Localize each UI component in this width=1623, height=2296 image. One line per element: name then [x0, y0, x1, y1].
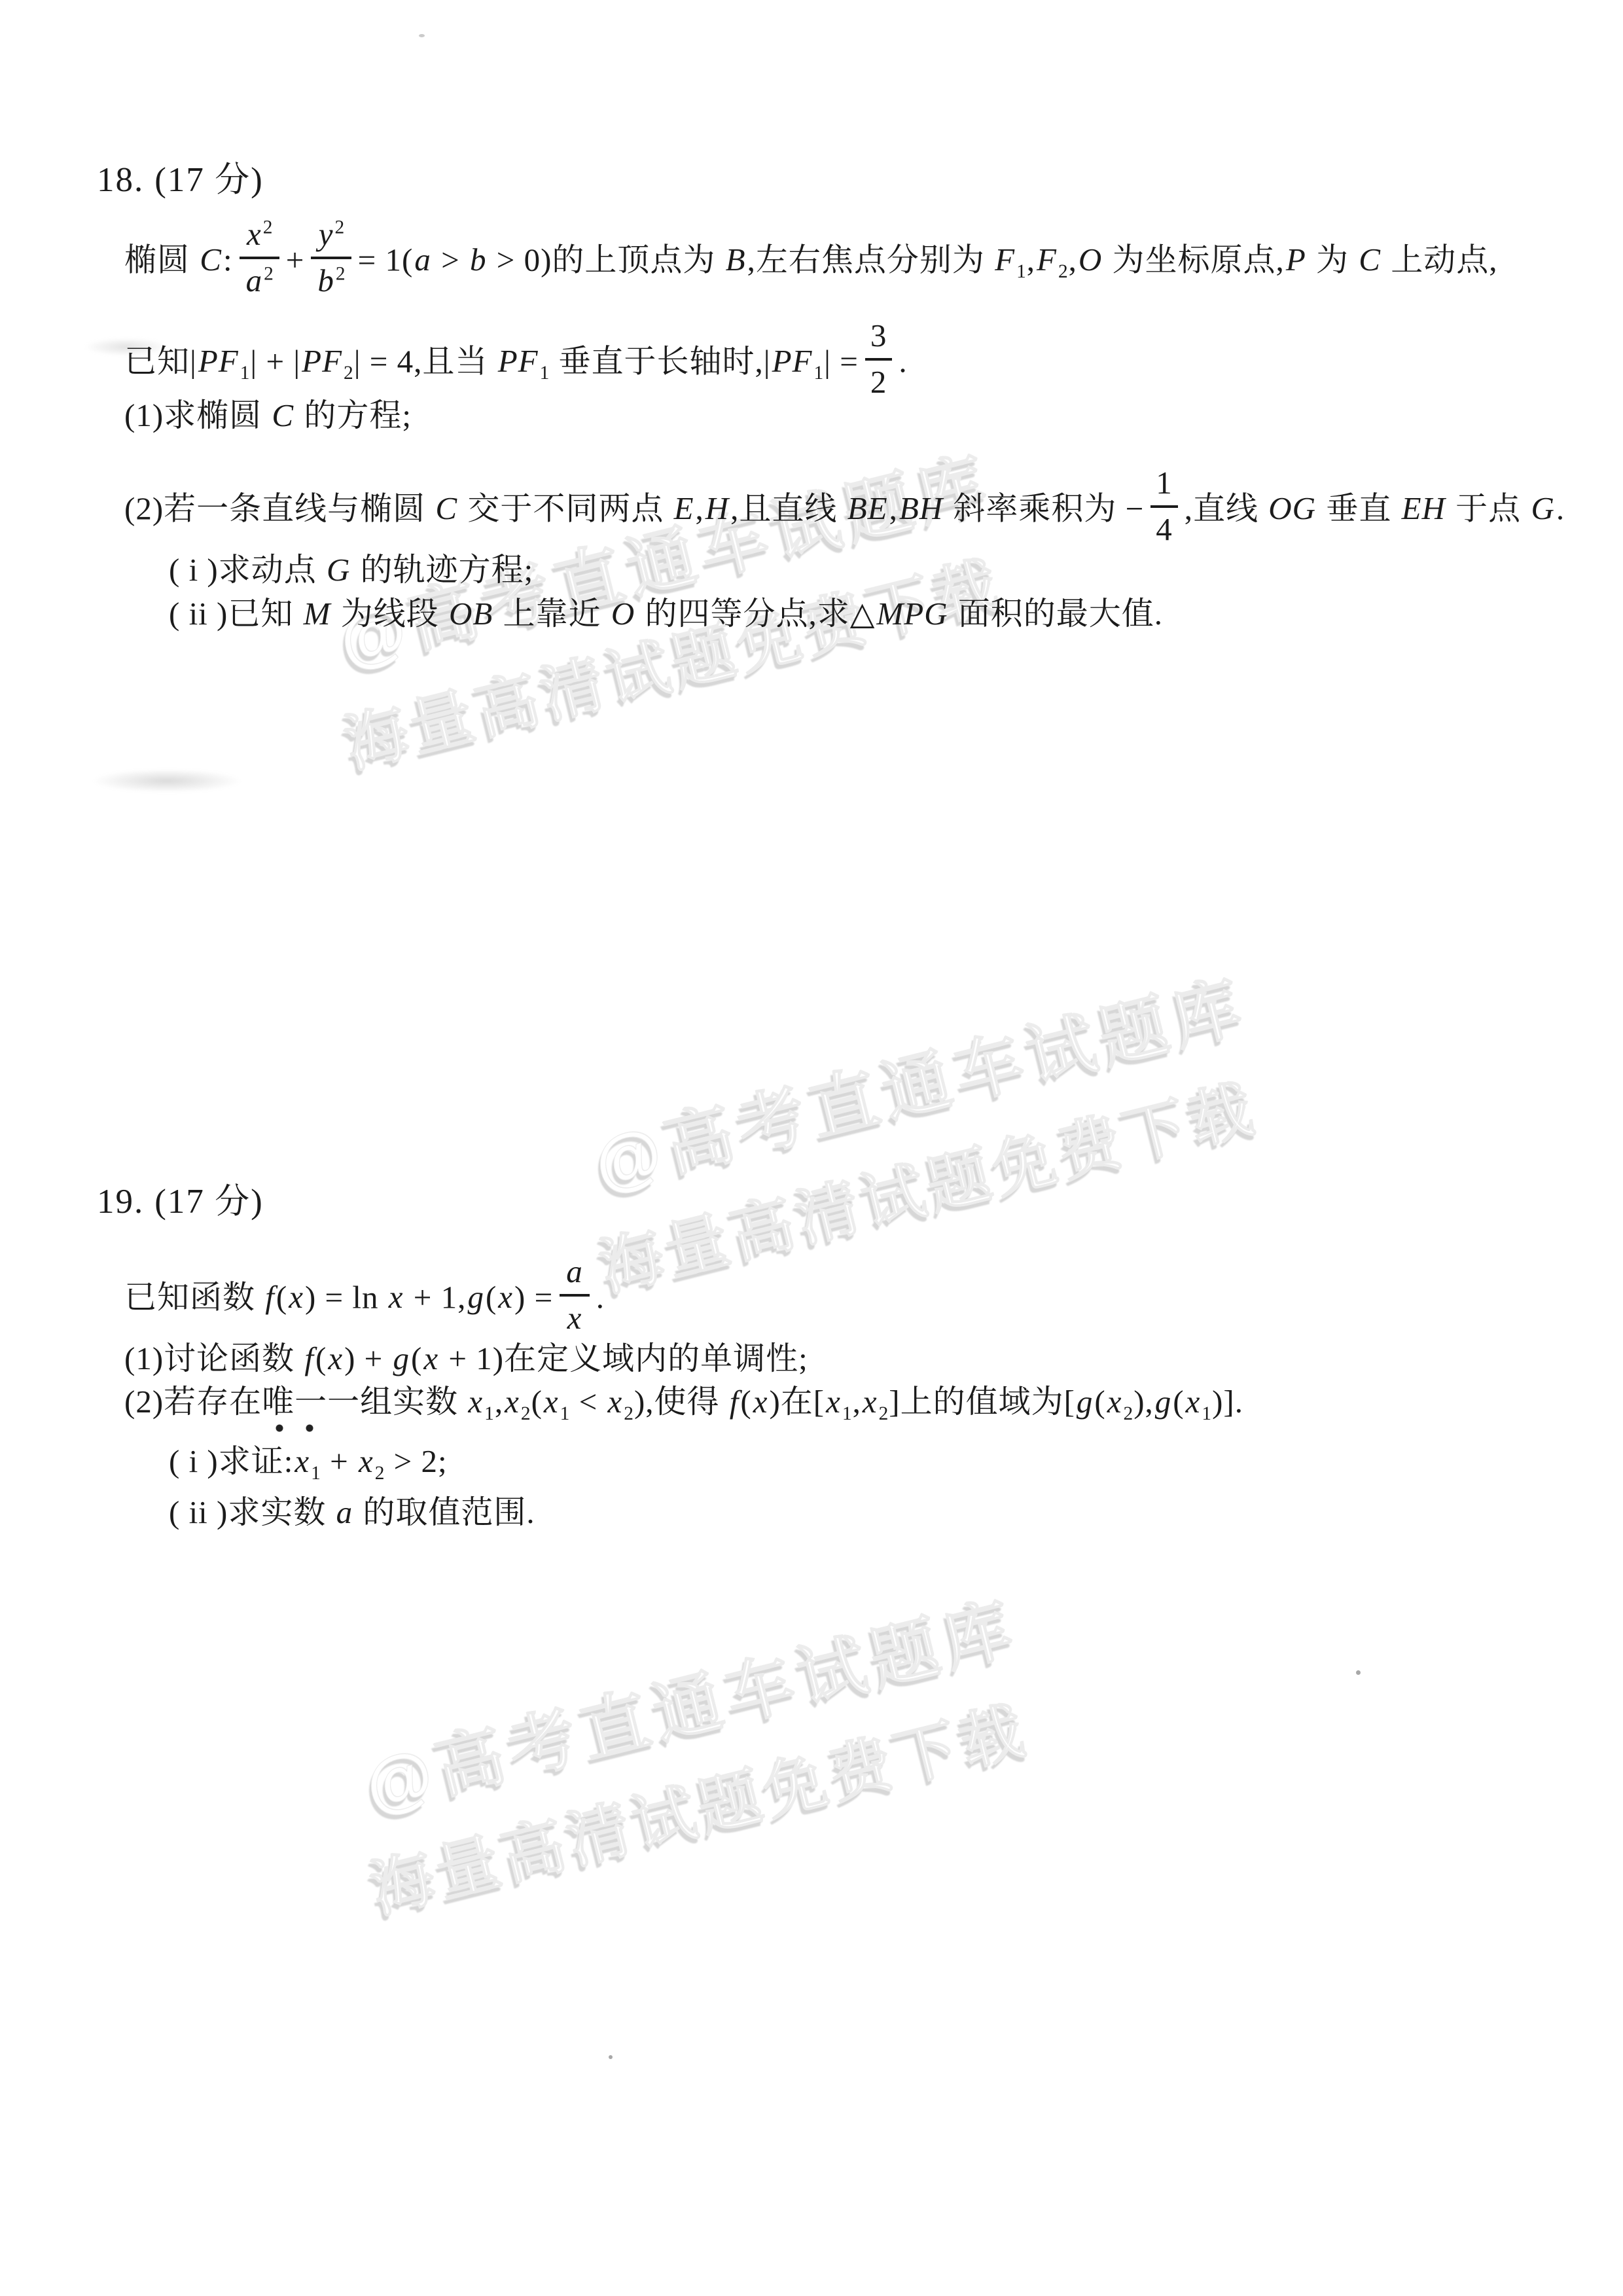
- fraction: x2a2: [240, 214, 279, 299]
- scan-smudge: [92, 769, 242, 793]
- scan-speck: [419, 34, 425, 37]
- problem-19-points: (17 分): [154, 1183, 264, 1221]
- scan-speck: [609, 2055, 613, 2059]
- problem-18-intro-line-1: 椭圆 C:x2a2+y2b2= 1(a > b > 0)的上顶点为 B,左右焦点…: [124, 221, 1497, 306]
- watermark-bottom: @高考直通车试题库 海量高清试题免费下载: [353, 1572, 1051, 1926]
- scan-speck: [1356, 1670, 1361, 1675]
- problem-19-question-2-ii: ( ii )求实数 a 的取值范围.: [169, 1494, 535, 1531]
- problem-19-header: 19.(17 分): [97, 1182, 264, 1222]
- problem-19-question-2-i: ( i )求证:x1 + x2 > 2;: [169, 1443, 448, 1480]
- problem-19-question-2: (2)若存在唯一一组实数 x1,x2(x1 < x2),使得 f(x)在[x1,…: [124, 1384, 1243, 1420]
- fraction: 32: [865, 315, 893, 401]
- problem-18-question-2: (2)若一条直线与椭圆 C 交于不同两点 E,H,且直线 BE,BH 斜率乘积为…: [124, 469, 1565, 554]
- problem-19-intro-line: 已知函数 f(x) = ln x + 1,g(x) =ax.: [124, 1258, 605, 1343]
- fraction: 14: [1150, 463, 1178, 548]
- problem-18-number: 18.: [97, 161, 144, 199]
- problem-19-number: 19.: [97, 1183, 144, 1221]
- problem-18-question-2-ii: ( ii )已知 M 为线段 OB 上靠近 O 的四等分点,求△MPG 面积的最…: [169, 596, 1163, 632]
- problem-18-header: 18.(17 分): [97, 160, 264, 200]
- problem-18-question-2-i: ( i )求动点 G 的轨迹方程;: [169, 552, 533, 588]
- problem-18-question-1: (1)求椭圆 C 的方程;: [124, 397, 412, 434]
- exam-page: @高考直通车试题库 海量高清试题免费下载 @高考直通车试题库 海量高清试题免费下…: [0, 0, 1623, 2296]
- fraction: y2b2: [311, 214, 351, 299]
- problem-18-intro-line-2: 已知|PF1| + |PF2| = 4,且当 PF1 垂直于长轴时,|PF1| …: [124, 322, 908, 407]
- problem-18-points: (17 分): [154, 161, 264, 199]
- watermark-middle: @高考直通车试题库 海量高清试题免费下载: [582, 950, 1280, 1304]
- emphasized-text: 唯一: [262, 1384, 327, 1420]
- fraction: ax: [560, 1251, 590, 1336]
- problem-19-question-1: (1)讨论函数 f(x) + g(x + 1)在定义域内的单调性;: [124, 1340, 808, 1377]
